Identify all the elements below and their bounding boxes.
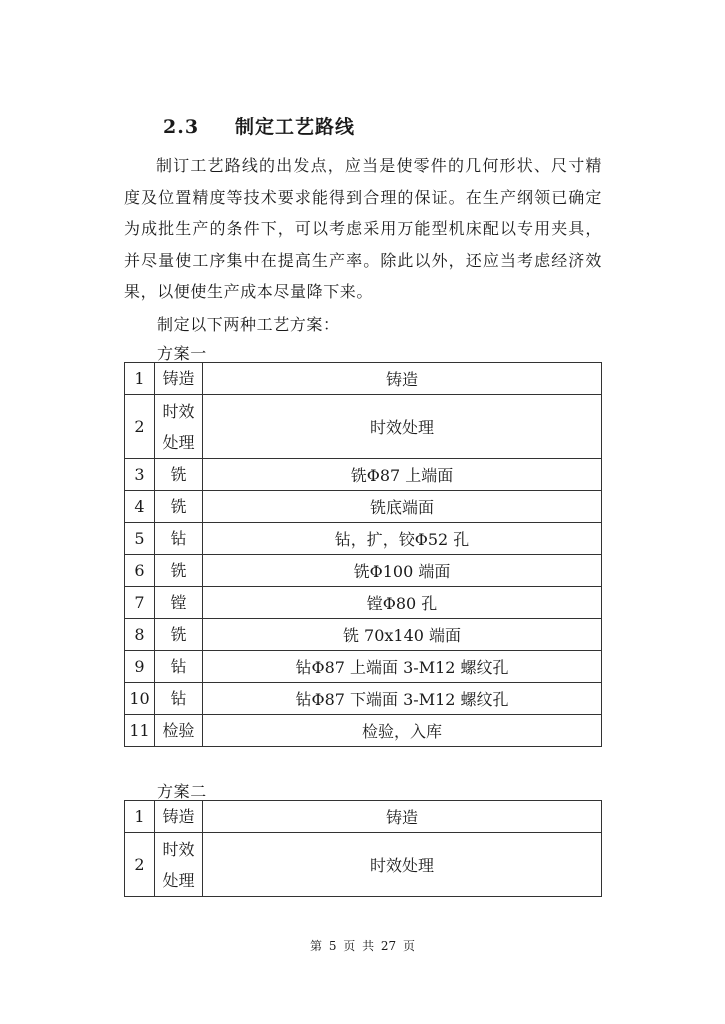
process-content: 铣Φ100 端面 [203, 555, 602, 587]
process-content: 检验，入库 [203, 715, 602, 747]
section-number: 2.3 [163, 116, 235, 138]
process-content: 铣 70x140 端面 [203, 619, 602, 651]
process-content: 铸造 [203, 801, 602, 833]
process-content: 钻Φ87 下端面 3-M12 螺纹孔 [203, 683, 602, 715]
plan2-table: 1铸造铸造2时效处理时效处理 [124, 800, 602, 897]
process-name: 铸造 [155, 363, 203, 395]
process-name: 钻 [155, 651, 203, 683]
table-row: 3铣铣Φ87 上端面 [125, 459, 602, 491]
table-row: 9钻钻Φ87 上端面 3-M12 螺纹孔 [125, 651, 602, 683]
process-content: 钻Φ87 上端面 3-M12 螺纹孔 [203, 651, 602, 683]
process-content: 镗Φ80 孔 [203, 587, 602, 619]
table-row: 4铣铣底端面 [125, 491, 602, 523]
plan1-table: 1铸造铸造2时效处理时效处理3铣铣Φ87 上端面4铣铣底端面5钻钻，扩，铰Φ52… [124, 362, 602, 747]
step-number: 4 [125, 491, 155, 523]
process-name: 铣 [155, 619, 203, 651]
step-number: 8 [125, 619, 155, 651]
process-content: 时效处理 [203, 395, 602, 459]
step-number: 10 [125, 683, 155, 715]
table-row: 1铸造铸造 [125, 801, 602, 833]
process-name: 铣 [155, 555, 203, 587]
process-content: 时效处理 [203, 833, 602, 897]
step-number: 5 [125, 523, 155, 555]
table-row: 2时效处理时效处理 [125, 833, 602, 897]
process-content: 铣底端面 [203, 491, 602, 523]
process-content: 钻，扩，铰Φ52 孔 [203, 523, 602, 555]
process-name: 检验 [155, 715, 203, 747]
process-content: 铣Φ87 上端面 [203, 459, 602, 491]
table-row: 1铸造铸造 [125, 363, 602, 395]
plan1-label: 方案一 [157, 341, 207, 364]
table-row: 10钻钻Φ87 下端面 3-M12 螺纹孔 [125, 683, 602, 715]
process-name: 铣 [155, 491, 203, 523]
process-name: 铸造 [155, 801, 203, 833]
section-heading: 2.3制定工艺路线 [163, 112, 355, 139]
step-number: 2 [125, 395, 155, 459]
step-number: 2 [125, 833, 155, 897]
table-row: 2时效处理时效处理 [125, 395, 602, 459]
process-name: 钻 [155, 523, 203, 555]
process-name: 镗 [155, 587, 203, 619]
step-number: 6 [125, 555, 155, 587]
process-name: 时效处理 [155, 395, 203, 459]
table-row: 7镗镗Φ80 孔 [125, 587, 602, 619]
process-content: 铸造 [203, 363, 602, 395]
table-row: 6铣铣Φ100 端面 [125, 555, 602, 587]
step-number: 3 [125, 459, 155, 491]
process-name: 时效处理 [155, 833, 203, 897]
step-number: 7 [125, 587, 155, 619]
step-number: 1 [125, 801, 155, 833]
page-footer: 第 5 页 共 27 页 [0, 937, 725, 954]
plan2-label: 方案二 [157, 779, 207, 802]
table-row: 11检验检验，入库 [125, 715, 602, 747]
table-row: 5钻钻，扩，铰Φ52 孔 [125, 523, 602, 555]
section-title: 制定工艺路线 [235, 116, 355, 138]
plans-intro: 制定以下两种工艺方案： [157, 312, 340, 335]
intro-paragraph: 制订工艺路线的出发点，应当是使零件的几何形状、尺寸精度及位置精度等技术要求能得到… [124, 150, 602, 308]
table-row: 8铣铣 70x140 端面 [125, 619, 602, 651]
step-number: 1 [125, 363, 155, 395]
process-name: 铣 [155, 459, 203, 491]
process-name: 钻 [155, 683, 203, 715]
step-number: 11 [125, 715, 155, 747]
step-number: 9 [125, 651, 155, 683]
